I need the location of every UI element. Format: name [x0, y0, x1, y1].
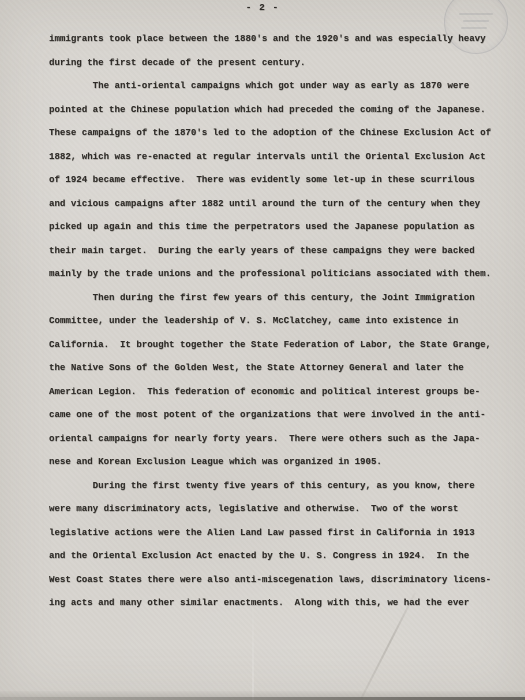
stamp-smudge — [459, 13, 493, 15]
text-line: California. It brought together the Stat… — [49, 333, 501, 357]
text-line: of 1924 became effective. There was evid… — [49, 168, 501, 192]
text-line: West Coast States there were also anti-m… — [49, 568, 501, 592]
stamp-smudge — [463, 20, 489, 22]
text-line: 1882, which was re-enacted at regular in… — [49, 145, 501, 169]
text-line: were many discriminatory acts, legislati… — [49, 497, 501, 521]
text-line: mainly by the trade unions and the profe… — [49, 262, 501, 286]
text-line: and vicious campaigns after 1882 until a… — [49, 192, 501, 216]
text-line: picked up again and this time the perpet… — [49, 215, 501, 239]
text-line: Then during the first few years of this … — [49, 286, 501, 310]
text-line: These campaigns of the 1870's led to the… — [49, 121, 501, 145]
text-line: pointed at the Chinese population which … — [49, 98, 501, 122]
text-line: during the first decade of the present c… — [49, 51, 501, 75]
text-line: American Legion. This federation of econ… — [49, 380, 501, 404]
text-line: ing acts and many other similar enactmen… — [49, 591, 501, 615]
text-line: oriental campaigns for nearly forty year… — [49, 427, 501, 451]
text-line: Committee, under the leadership of V. S.… — [49, 309, 501, 333]
text-line: the Native Sons of the Golden West, the … — [49, 356, 501, 380]
text-line: and the Oriental Exclusion Act enacted b… — [49, 544, 501, 568]
paper-fold-mark — [252, 598, 254, 700]
scanned-document-page: - 2 - immigrants took place between the … — [0, 0, 525, 700]
text-line: The anti-oriental campaigns which got un… — [49, 74, 501, 98]
text-line: legislative actions were the Alien Land … — [49, 521, 501, 545]
text-line: nese and Korean Exclusion League which w… — [49, 450, 501, 474]
text-line: immigrants took place between the 1880's… — [49, 27, 501, 51]
document-body: immigrants took place between the 1880's… — [49, 27, 501, 615]
text-line: During the first twenty five years of th… — [49, 474, 501, 498]
text-line: came one of the most potent of the organ… — [49, 403, 501, 427]
text-line: their main target. During the early year… — [49, 239, 501, 263]
